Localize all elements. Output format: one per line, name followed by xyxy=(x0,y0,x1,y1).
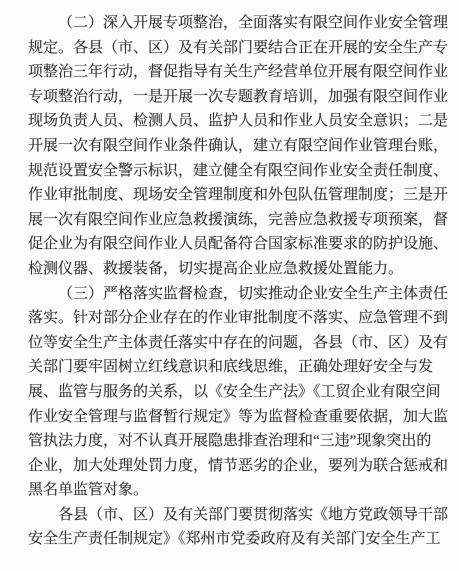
document-page: （二）深入开展专项整治，全面落实有限空间作业安全管理规定。各县（市、区）及有关部… xyxy=(0,0,459,571)
text-line: 落实。针对部分企业存在的作业审批制度不落实、应急管理不到 xyxy=(28,306,446,331)
paragraph-3: 各县（市、区）及有关部门要贯彻落实《地方党政领导干部安全生产责任制规定》《郑州市… xyxy=(28,503,446,552)
text-line: 检测仪器、救援装备，切实提高企业应急救援处置能力。 xyxy=(28,257,446,282)
text-line: 作业审批制度、现场安全管理制度和外包队伍管理制度；三是开 xyxy=(28,183,446,208)
text-line: 企业，加大处理处罚力度，情节恶劣的企业，要列为联合惩戒和 xyxy=(28,454,446,479)
text-line: 现场负责人员、检测人员、监护人员和作业人员安全意识；二是 xyxy=(28,109,446,134)
text-line: 展一次有限空间作业应急救援演练，完善应急救援专项预案，督 xyxy=(28,208,446,233)
paragraph-2: （三）严格落实监督检查，切实推动企业安全生产主体责任落实。针对部分企业存在的作业… xyxy=(28,282,446,503)
text-line: 专项整治行动，一是开展一次专题教育培训，加强有限空间作业 xyxy=(28,85,446,110)
text-line: 各县（市、区）及有关部门要贯彻落实《地方党政领导干部 xyxy=(28,503,446,528)
text-line: 黑名单监管对象。 xyxy=(28,478,446,503)
text-line: 促企业为有限空间作业人员配备符合国家标准要求的防护设施、 xyxy=(28,232,446,257)
text-line: 管执法力度，对不认真开展隐患排查治理和“三违”现象突出的 xyxy=(28,429,446,454)
text-line: 规定。各县（市、区）及有关部门要结合正在开展的安全生产专 xyxy=(28,36,446,61)
text-line: 项整治三年行动，督促指导有关生产经营单位开展有限空间作业 xyxy=(28,60,446,85)
text-line: （二）深入开展专项整治，全面落实有限空间作业安全管理 xyxy=(28,11,446,36)
document-body: （二）深入开展专项整治，全面落实有限空间作业安全管理规定。各县（市、区）及有关部… xyxy=(28,11,446,552)
paragraph-1: （二）深入开展专项整治，全面落实有限空间作业安全管理规定。各县（市、区）及有关部… xyxy=(28,11,446,282)
text-line: （三）严格落实监督检查，切实推动企业安全生产主体责任 xyxy=(28,282,446,307)
text-line: 展、监管与服务的关系，以《安全生产法》《工贸企业有限空间 xyxy=(28,380,446,405)
text-line: 作业安全管理与监督暂行规定》等为监督检查重要依据，加大监 xyxy=(28,405,446,430)
text-line: 安全生产责任制规定》《郑州市党委政府及有关部门安全生产工 xyxy=(28,527,446,552)
text-line: 关部门要牢固树立红线意识和底线思维，正确处理好安全与发 xyxy=(28,355,446,380)
text-line: 位等安全生产主体责任落实中存在的问题，各县（市、区）及有 xyxy=(28,331,446,356)
text-line: 规范设置安全警示标识，建立健全有限空间作业安全责任制度、 xyxy=(28,159,446,184)
text-line: 开展一次有限空间作业条件确认，建立有限空间作业管理台账， xyxy=(28,134,446,159)
